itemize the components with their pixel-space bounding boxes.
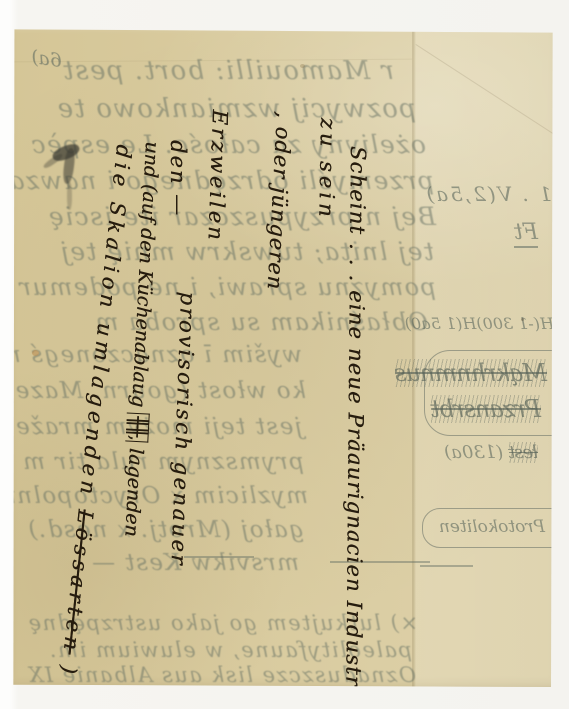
ink-line-4: Erzweilen [203,109,232,243]
bleedthrough-line: mrsvikw Kest — [91,550,299,576]
ink-smudge [67,182,72,210]
paper-stain [300,64,305,68]
paper-sheet: r Mamouilli: bort. pest pozwycij wzmiank… [12,26,554,690]
pencil-label-box: Protokoliten [422,508,554,548]
paper-stain [32,350,39,356]
bleedthrough-line: pomyznu sprawi, i ne podemur [18,273,436,301]
pencil-line [184,556,254,558]
pencil-note-130a: łest (130a) [444,442,538,463]
ink-crossed-out-boxed: ╫╫, [125,413,149,443]
ink-line-5: den — [166,140,190,217]
pencil-struck-word: łest [509,442,538,463]
bleedthrough-line: 1925 ?; N 144 katalogu. [115,687,406,690]
bleedthrough-line: wyšim ī oznaczonegś m [12,342,302,368]
pencil-scribble-box: Mąkrhnmnus Przansrbt [424,350,554,436]
pencil-ref-mark: 1 . V(2,5a) [424,182,552,206]
bleedthrough-line: myzlicim x Oryctopolni tej [12,483,308,509]
ink-line-7-text-after: ) [56,653,82,679]
scanned-manuscript-page: r Mamouilli: bort. pest pozwycij wzmiank… [0,0,569,709]
bleedthrough-line: gałoj (Mrotj. x nesd.) [27,517,304,543]
pencil-ref-mark-2: Ft [514,220,538,248]
pencil-corner-mark: 6a) [30,46,64,72]
pencil-scribble-row: Mąkrhnmnus [395,359,547,387]
pencil-line [420,565,473,567]
ink-line-1: Scheint . . . eine neue Präaurignacien I… [341,146,370,690]
bleedthrough-line: pozwycij wzmiankowo te [56,94,416,124]
bleedthrough-line: ko włost (gourn. Mazepod) [12,378,306,404]
bleedthrough-line: prymsznym rula tir m ē [12,449,304,475]
ink-line-2: zu sein [314,118,340,221]
pencil-value: (130a) [444,442,503,463]
pencil-box-label: Protokoliten [439,517,545,537]
bleedthrough-line: r Mamouilli: bort. pest [62,56,394,86]
pencil-scribble-row: Przansrbt [431,395,541,423]
paper-stain [521,318,524,321]
pencil-formula: H(-1 300)H(1 5a0) [405,314,554,333]
bleedthrough-line: jest teji możvm mražem [12,414,302,440]
